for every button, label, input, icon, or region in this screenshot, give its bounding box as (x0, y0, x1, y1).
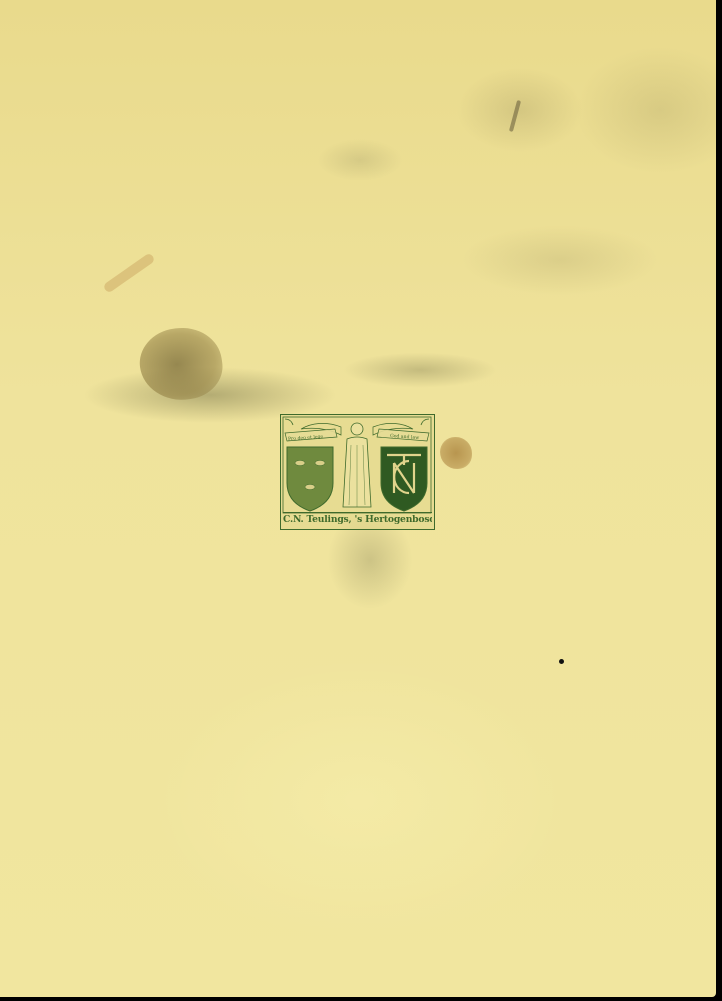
publisher-emblem: Pro deo et lege God and law C.N. Teuling… (280, 414, 435, 530)
water-stain-large (135, 323, 226, 406)
ink-dot (559, 659, 564, 664)
emblem-caption: C.N. Teulings, 's Hertogenbosch (283, 512, 432, 527)
water-stain-small (440, 437, 472, 469)
scratch-mark (509, 100, 521, 132)
back-cover-page: Pro deo et lege God and law C.N. Teuling… (0, 0, 716, 997)
stain-streak (102, 252, 155, 293)
emblem-artwork (281, 415, 433, 515)
